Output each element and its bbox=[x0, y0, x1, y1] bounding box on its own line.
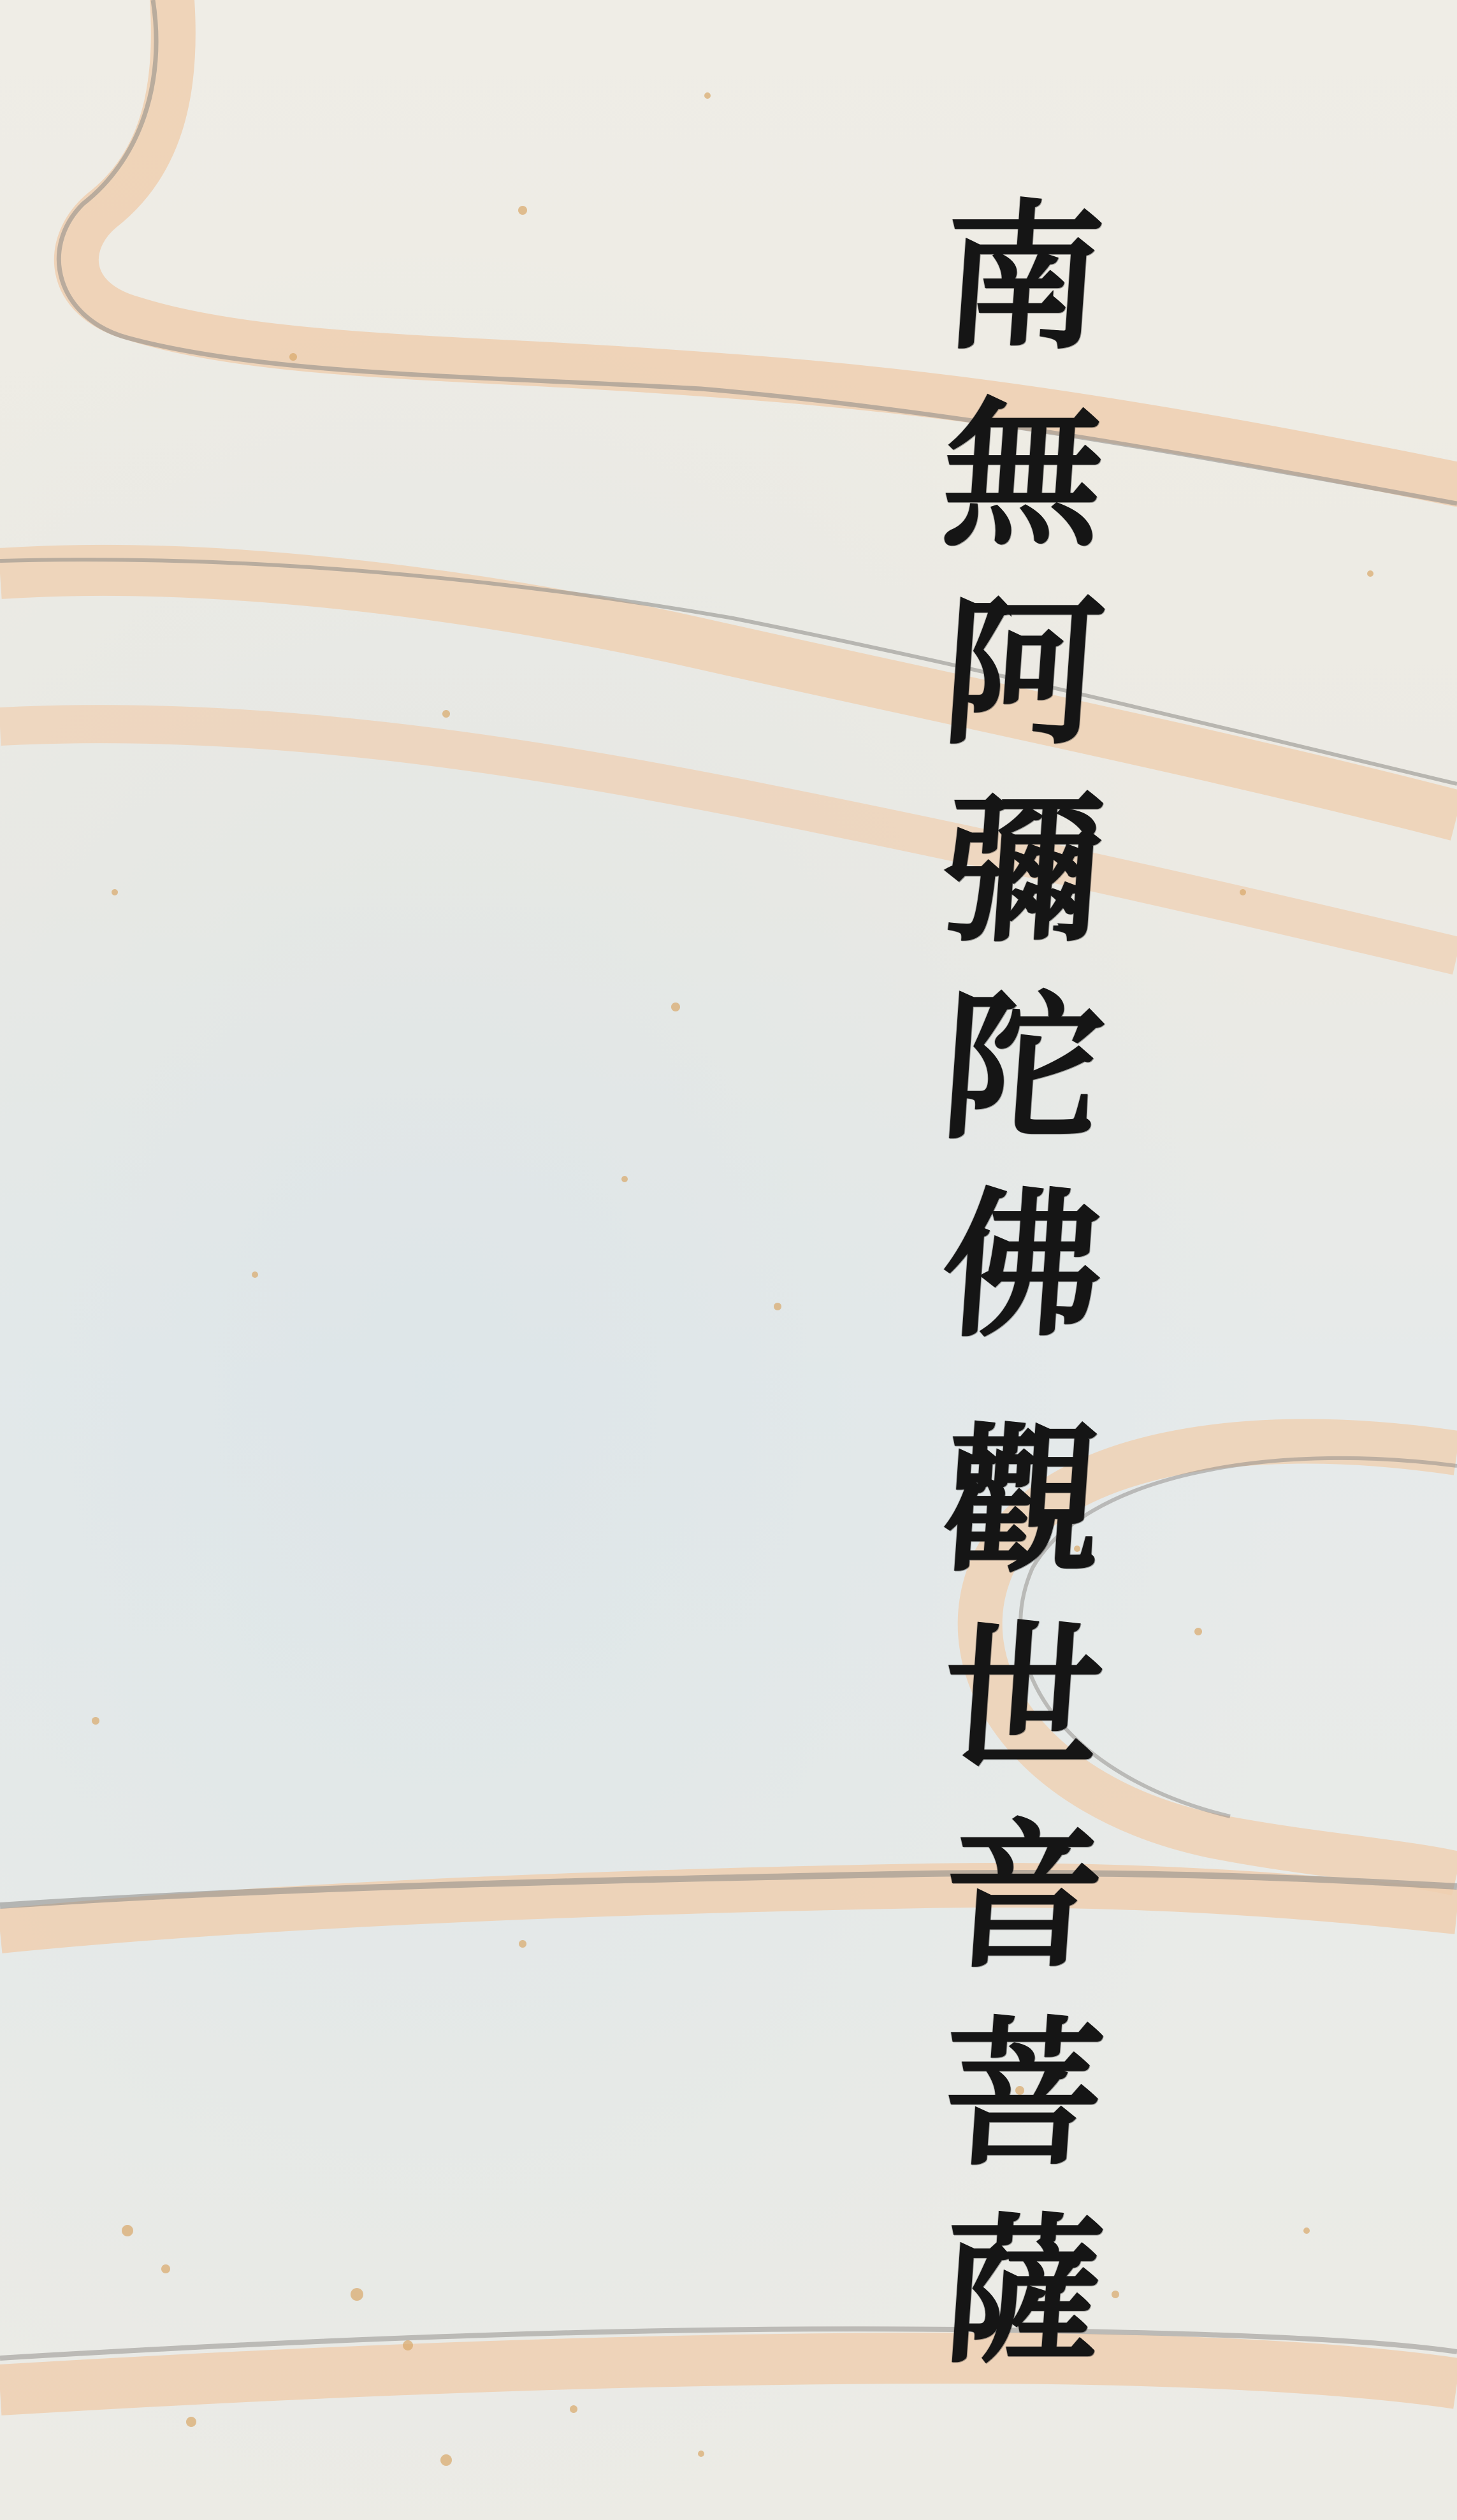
calligraphy-character: 阿 bbox=[936, 574, 1110, 771]
calligraphy-character: 無 bbox=[936, 376, 1110, 574]
calligraphy-scroll: 南 無 阿 彌 陀 佛 觀 世 音 菩 薩 bbox=[0, 0, 1457, 2520]
calligraphy-character: 彌 bbox=[936, 771, 1110, 969]
calligraphy-character: 南 bbox=[936, 178, 1110, 376]
calligraphy-character: 世 bbox=[936, 1600, 1110, 1797]
calligraphy-character: 音 bbox=[936, 1797, 1110, 1995]
calligraphy-character: 薩 bbox=[936, 2192, 1110, 2390]
calligraphy-character: 菩 bbox=[936, 1995, 1110, 2192]
calligraphy-character: 觀 bbox=[936, 1402, 1110, 1600]
calligraphy-character: 佛 bbox=[936, 1166, 1110, 1364]
calligraphy-character: 陀 bbox=[936, 969, 1110, 1166]
wave-band-decoration bbox=[0, 0, 1457, 2520]
calligraphy-inscription: 南 無 阿 彌 陀 佛 觀 世 音 菩 薩 bbox=[918, 178, 1128, 2390]
